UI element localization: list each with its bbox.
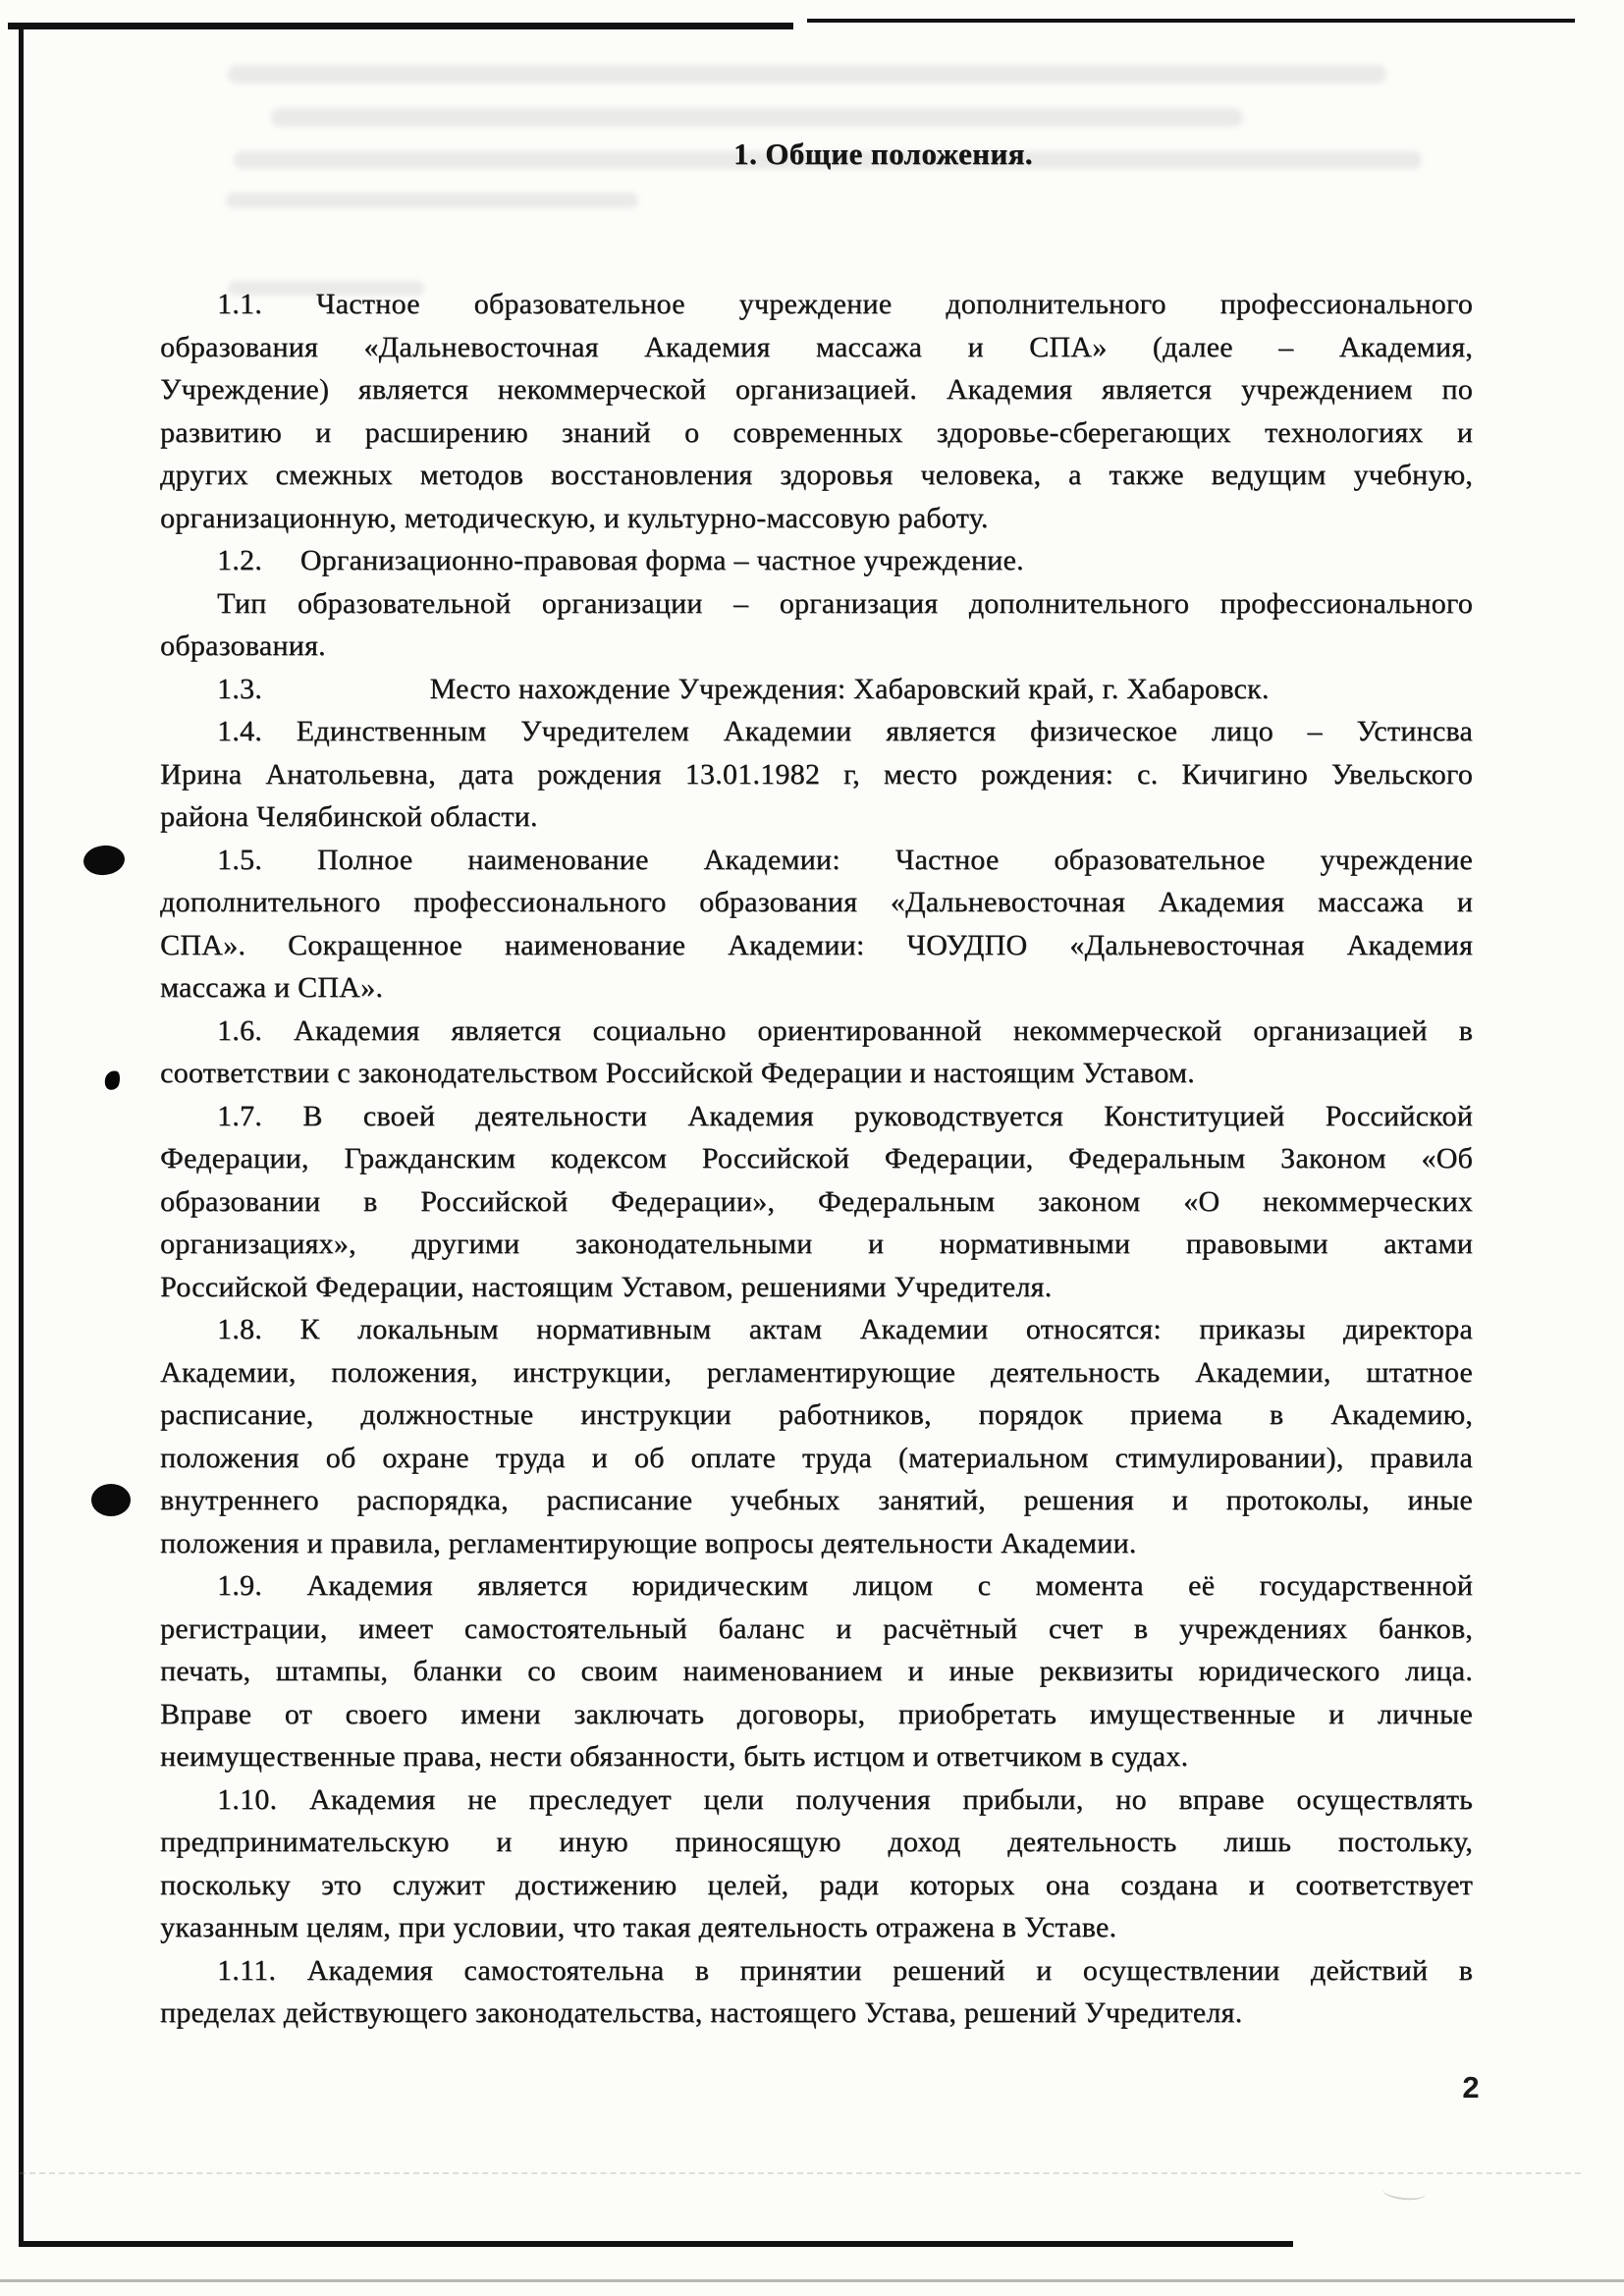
text-line: положения и правила, регламентирующие во… [160, 1522, 1473, 1565]
ink-mark [103, 1068, 122, 1091]
text-line: других смежных методов восстановления зд… [160, 454, 1473, 497]
page-border-line-left [19, 24, 24, 2247]
text-line: 1.10. Академия не преследует цели получе… [160, 1778, 1473, 1822]
text-line: 1.4. Единственным Учредителем Академии я… [160, 710, 1473, 753]
page-border-line-top-left [8, 23, 793, 29]
text-line: 1.11. Академия самостоятельна в принятии… [160, 1949, 1473, 1993]
page-edge-line [0, 2279, 1624, 2282]
text-line: 1.6. Академия является социально ориенти… [160, 1010, 1473, 1053]
text-line: СПА». Сокращенное наименование Академии:… [160, 924, 1473, 967]
bleed-through-artifact [228, 65, 1386, 83]
text-line: организациях», другими законодательными … [160, 1223, 1473, 1266]
paragraph: 1.11. Академия самостоятельна в принятии… [160, 1949, 1473, 2035]
paragraph: 1.6. Академия является социально ориенти… [160, 1010, 1473, 1095]
text-line: образовании в Российской Федерации», Фед… [160, 1180, 1473, 1224]
bleed-through-artifact [271, 108, 1243, 127]
hole-punch-mark [82, 844, 127, 877]
text-line: 1.2. Организационно-правовая форма – час… [160, 539, 1473, 582]
text-line: организационную, методическую, и культур… [160, 497, 1473, 540]
text-line: 1.8. К локальным нормативным актам Акаде… [160, 1308, 1473, 1351]
paragraph: 1.5. Полное наименование Академии: Частн… [160, 839, 1473, 1010]
text-line: Академии, положения, инструкции, регламе… [160, 1351, 1473, 1394]
text-line: 1.9. Академия является юридическим лицом… [160, 1564, 1473, 1608]
text-line: расписание, должностные инструкции работ… [160, 1394, 1473, 1437]
text-line: внутреннего распорядка, расписание учебн… [160, 1479, 1473, 1522]
text-line: 1.5. Полное наименование Академии: Частн… [160, 839, 1473, 882]
text-line: массажа и СПА». [160, 966, 1473, 1010]
text-line: Ирина Анатольевна, дата рождения 13.01.1… [160, 753, 1473, 796]
text-line: указанным целям, при условии, что такая … [160, 1906, 1473, 1949]
paragraph: 1.9. Академия является юридическим лицом… [160, 1564, 1473, 1778]
paragraph: Тип образовательной организации – органи… [160, 582, 1473, 668]
text-line: неимущественные права, нести обязанности… [160, 1735, 1473, 1778]
bleed-through-line [20, 2172, 1581, 2174]
paragraph: 1.2. Организационно-правовая форма – час… [160, 539, 1473, 582]
scanned-page: 1. Общие положения. 1.1. Частное образов… [0, 0, 1624, 2296]
text-line: района Челябинской области. [160, 795, 1473, 839]
paragraph: 1.4. Единственным Учредителем Академии я… [160, 710, 1473, 839]
hole-punch-mark [91, 1484, 131, 1516]
page-number: 2 [1432, 2070, 1510, 2105]
text-line: положения об охране труда и об оплате тр… [160, 1437, 1473, 1480]
bleed-through-artifact [226, 192, 638, 208]
text-line: Тип образовательной организации – органи… [160, 582, 1473, 626]
text-line: дополнительного профессионального образо… [160, 881, 1473, 924]
text-line: Федерации, Гражданским кодексом Российск… [160, 1137, 1473, 1180]
paragraph: 1.1. Частное образовательное учреждение … [160, 283, 1473, 539]
text-line: образования. [160, 625, 1473, 668]
paragraph: 1.8. К локальным нормативным актам Акаде… [160, 1308, 1473, 1564]
text-line: развитию и расширению знаний о современн… [160, 411, 1473, 455]
text-line: образования «Дальневосточная Академия ма… [160, 326, 1473, 369]
paragraph: 1.10. Академия не преследует цели получе… [160, 1778, 1473, 1949]
text-line: соответствии с законодательством Российс… [160, 1052, 1473, 1095]
text-line: предпринимательскую и иную приносящую до… [160, 1821, 1473, 1864]
text-line: Российской Федерации, настоящим Уставом,… [160, 1266, 1473, 1309]
paragraph: 1.7. В своей деятельности Академия руков… [160, 1095, 1473, 1309]
paper-crease [1381, 2182, 1426, 2203]
page-border-line-bottom [19, 2241, 1293, 2247]
text-line: печать, штампы, бланки со своим наименов… [160, 1650, 1473, 1693]
text-line: пределах действующего законодательства, … [160, 1992, 1473, 2035]
document-body: 1.1. Частное образовательное учреждение … [160, 283, 1473, 2035]
text-line: 1.3. Место нахождение Учреждения: Хабаро… [160, 668, 1473, 711]
text-line: 1.1. Частное образовательное учреждение … [160, 283, 1473, 326]
text-line: Вправе от своего имени заключать договор… [160, 1693, 1473, 1736]
paragraph: 1.3. Место нахождение Учреждения: Хабаро… [160, 668, 1473, 711]
text-line: поскольку это служит достижению целей, р… [160, 1864, 1473, 1907]
section-heading: 1. Общие положения. [227, 135, 1540, 174]
text-line: Учреждение) является некоммерческой орга… [160, 368, 1473, 411]
text-line: регистрации, имеет самостоятельный балан… [160, 1608, 1473, 1651]
page-border-line-top-right [807, 19, 1575, 23]
text-line: 1.7. В своей деятельности Академия руков… [160, 1095, 1473, 1138]
